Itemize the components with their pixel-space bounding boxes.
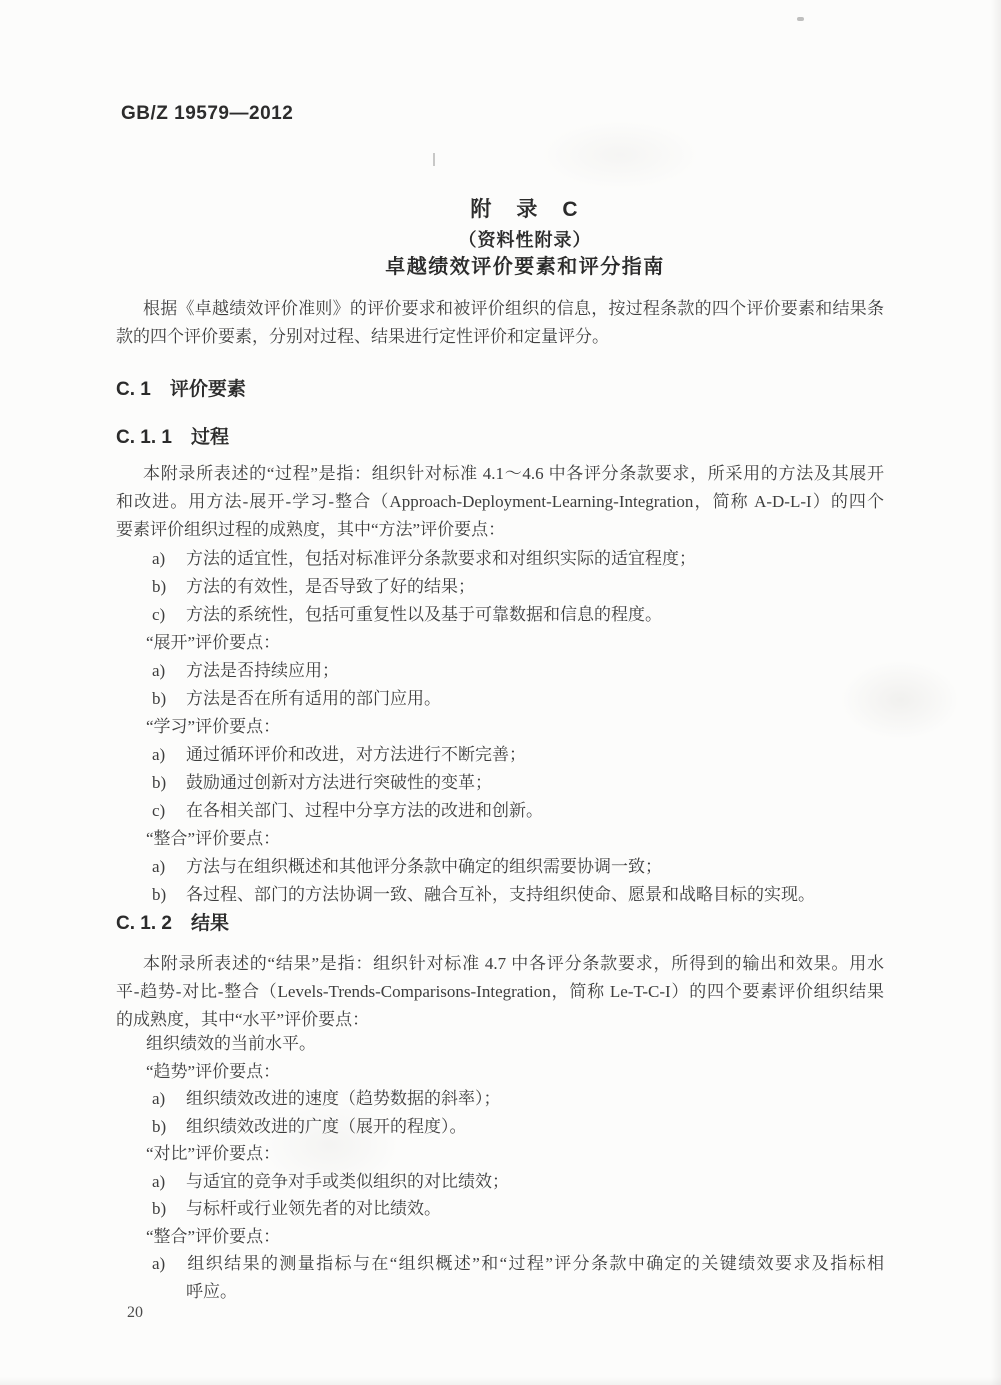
list-item: a)组织绩效改进的速度（趋势数据的斜率）； — [116, 1085, 884, 1113]
list-item-text: 方法的系统性，包括可重复性以及基于可靠数据和信息的程度。 — [186, 605, 662, 624]
point-group-heading: “对比”评价要点： — [116, 1140, 884, 1168]
list-marker: b) — [152, 1195, 186, 1223]
point-group-heading: “整合”评价要点： — [116, 825, 884, 853]
list-marker: a) — [152, 853, 186, 881]
list-item-text: 通过循环评价和改进，对方法进行不断完善； — [186, 745, 526, 764]
list-item: a)方法的适宜性，包括对标准评分条款要求和对组织实际的适宜程度； — [116, 545, 884, 573]
paragraph-line: 款的四个评价要素，分别对过程、结果进行定性评价和定量评分。 — [116, 323, 884, 351]
list-item-text: 方法是否持续应用； — [186, 661, 339, 680]
paragraph-line: 本附录所表述的“过程”是指：组织针对标准 4.1～4.6 中各评分条款要求，所采… — [116, 460, 884, 488]
paragraph-line: 平-趋势-对比-整合（Levels-Trends-Comparisons-Int… — [116, 978, 884, 1006]
list-item: a)方法与在组织概述和其他评分条款中确定的组织需要协调一致； — [116, 853, 884, 881]
results-paragraph: 本附录所表述的“结果”是指：组织针对标准 4.7 中各评分条款要求，所得到的输出… — [116, 950, 884, 1034]
list-marker: a) — [152, 1168, 186, 1196]
list-marker: c) — [152, 797, 186, 825]
list-marker: a) — [152, 657, 186, 685]
list-item: a)通过循环评价和改进，对方法进行不断完善； — [116, 741, 884, 769]
page-number: 20 — [127, 1302, 143, 1324]
list-item: b)与标杆或行业领先者的对比绩效。 — [116, 1195, 884, 1223]
list-item-continuation: 呼应。 — [116, 1278, 884, 1306]
process-points-list: a)方法的适宜性，包括对标准评分条款要求和对组织实际的适宜程度； b)方法的有效… — [116, 545, 884, 909]
results-points-list: 组织绩效的当前水平。 “趋势”评价要点： a)组织绩效改进的速度（趋势数据的斜率… — [116, 1030, 884, 1305]
point-text: 组织绩效的当前水平。 — [116, 1030, 884, 1058]
list-item: a)组织结果的测量指标与在“组织概述”和“过程”评分条款中确定的关键绩效要求及指… — [116, 1250, 884, 1278]
list-marker: c) — [152, 601, 186, 629]
scan-blotch — [540, 120, 700, 190]
list-item: b)各过程、部门的方法协调一致、融合互补，支持组织使命、愿景和战略目标的实现。 — [116, 881, 884, 909]
point-group-heading: “趋势”评价要点： — [116, 1058, 884, 1086]
list-item: a)与适宜的竞争对手或类似组织的对比绩效； — [116, 1168, 884, 1196]
point-group-heading: “整合”评价要点： — [116, 1223, 884, 1251]
point-group-heading: “学习”评价要点： — [116, 713, 884, 741]
list-item: b)组织绩效改进的广度（展开的程度）。 — [116, 1113, 884, 1141]
list-marker: b) — [152, 573, 186, 601]
list-marker: b) — [152, 881, 186, 909]
process-paragraph: 本附录所表述的“过程”是指：组织针对标准 4.1～4.6 中各评分条款要求，所采… — [116, 460, 884, 544]
list-item-text: 组织绩效改进的广度（展开的程度）。 — [186, 1117, 467, 1136]
paragraph-line: 根据《卓越绩效评价准则》的评价要求和被评价组织的信息，按过程条款的四个评价要素和… — [116, 295, 884, 323]
list-marker: a) — [152, 545, 186, 573]
scan-speck — [433, 153, 435, 166]
section-heading-c12: C. 1. 2 结果 — [116, 911, 229, 937]
list-item-text: 方法的适宜性，包括对标准评分条款要求和对组织实际的适宜程度； — [186, 549, 696, 568]
paragraph-line: 要素评价组织过程的成熟度，其中“方法”评价要点： — [116, 516, 884, 544]
list-item-text: 各过程、部门的方法协调一致、融合互补，支持组织使命、愿景和战略目标的实现。 — [186, 885, 815, 904]
list-item: a)方法是否持续应用； — [116, 657, 884, 685]
appendix-title: 卓越绩效评价要素和评分指南 — [45, 250, 1001, 279]
list-marker: b) — [152, 769, 186, 797]
list-item-text: 组织绩效改进的速度（趋势数据的斜率）； — [186, 1089, 501, 1108]
list-marker: b) — [152, 685, 186, 713]
appendix-type-note: （资料性附录） — [45, 226, 1001, 252]
standard-code: GB/Z 19579—2012 — [121, 103, 293, 125]
list-item-text: 方法是否在所有适用的部门应用。 — [186, 689, 441, 708]
list-item: b)鼓励通过创新对方法进行突破性的变革； — [116, 769, 884, 797]
scan-edge-shading-bottom — [0, 1377, 1001, 1385]
scanned-document-page: GB/Z 19579—2012 附 录 C （资料性附录） 卓越绩效评价要素和评… — [0, 0, 1001, 1385]
list-item-text: 鼓励通过创新对方法进行突破性的变革； — [186, 773, 492, 792]
section-heading-c1: C. 1 评价要素 — [116, 377, 246, 403]
scan-speck — [797, 17, 804, 21]
list-item-text: 方法与在组织概述和其他评分条款中确定的组织需要协调一致； — [186, 857, 662, 876]
paragraph-line: 本附录所表述的“结果”是指：组织针对标准 4.7 中各评分条款要求，所得到的输出… — [116, 950, 884, 978]
list-item: b)方法是否在所有适用的部门应用。 — [116, 685, 884, 713]
appendix-label: 附 录 C — [45, 193, 1001, 223]
list-item-text: 在各相关部门、过程中分享方法的改进和创新。 — [186, 801, 543, 820]
intro-paragraph: 根据《卓越绩效评价准则》的评价要求和被评价组织的信息，按过程条款的四个评价要素和… — [116, 295, 884, 351]
list-marker: a) — [152, 1085, 186, 1113]
list-marker: a) — [152, 1250, 186, 1278]
list-marker: b) — [152, 1113, 186, 1141]
list-item: c)在各相关部门、过程中分享方法的改进和创新。 — [116, 797, 884, 825]
list-marker: a) — [152, 741, 186, 769]
list-item: c)方法的系统性，包括可重复性以及基于可靠数据和信息的程度。 — [116, 601, 884, 629]
point-group-heading: “展开”评价要点： — [116, 629, 884, 657]
list-item: b)方法的有效性，是否导致了好的结果； — [116, 573, 884, 601]
list-item-text: 方法的有效性，是否导致了好的结果； — [186, 577, 475, 596]
paragraph-line: 和改进。用方法-展开-学习-整合（Approach-Deployment-Lea… — [116, 488, 884, 516]
section-heading-c11: C. 1. 1 过程 — [116, 425, 229, 451]
list-item-text: 与适宜的竞争对手或类似组织的对比绩效； — [186, 1172, 509, 1191]
list-item-text: 组织结果的测量指标与在“组织概述”和“过程”评分条款中确定的关键绩效要求及指标相 — [186, 1254, 884, 1273]
list-item-text: 与标杆或行业领先者的对比绩效。 — [186, 1199, 441, 1218]
